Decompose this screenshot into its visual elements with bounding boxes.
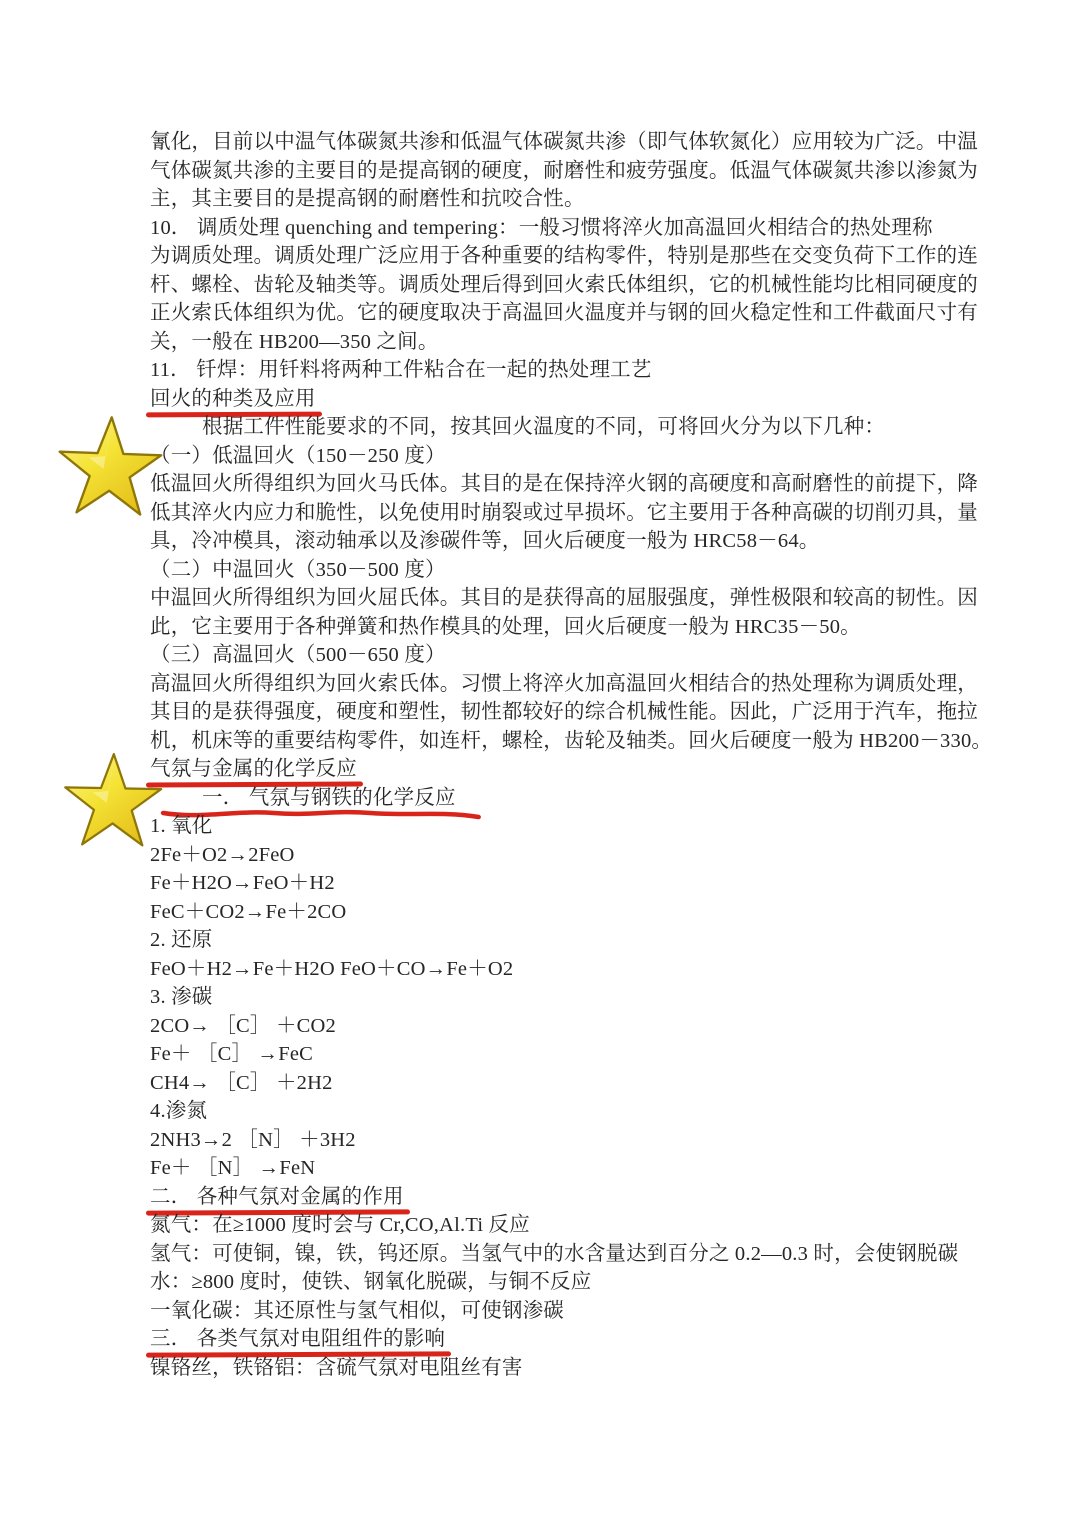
text-line: 氮气：在≥1000 度时会与 Cr,CO,Al.Ti 反应 — [150, 1211, 950, 1240]
text-line: 水：≥800 度时，使铁、钢氧化脱碳，与铜不反应 — [150, 1268, 950, 1297]
text-line: 10． 调质处理 quenching and tempering：一般习惯将淬火… — [150, 214, 950, 243]
heading-line: 回火的种类及应用 — [150, 385, 950, 414]
heading-line: 气氛与金属的化学反应 — [150, 755, 950, 784]
heading-line: 三． 各类气氛对电阻组件的影响 — [150, 1325, 950, 1354]
text-line: CH4→ ［C］ ＋2H2 — [150, 1069, 950, 1098]
line-text: Fe＋H2O→FeO＋H2 — [150, 869, 335, 898]
line-text: 4.渗氮 — [150, 1097, 207, 1126]
text-line: （一）低温回火（150－250 度） — [150, 442, 950, 471]
text-line: 2. 还原 — [150, 926, 950, 955]
text-line: 低其淬火内应力和脆性，以免使用时崩裂或过早损坏。它主要用于各种高碳的切削刃具，量 — [150, 499, 950, 528]
underlined-heading-text: 回火的种类及应用 — [150, 385, 316, 414]
text-line: 11． 钎焊：用钎料将两种工件粘合在一起的热处理工艺 — [150, 356, 950, 385]
line-text: 主，其主要目的是提高钢的耐磨性和抗咬合性。 — [150, 185, 585, 214]
text-line: （三）高温回火（500－650 度） — [150, 641, 950, 670]
line-text: 杆、螺栓、齿轮及轴类等。调质处理后得到回火索氏体组织，它的机械性能均比相同硬度的 — [150, 271, 978, 300]
line-text: FeC＋CO2→Fe＋2CO — [150, 898, 346, 927]
text-line: Fe＋H2O→FeO＋H2 — [150, 869, 950, 898]
text-line: 气体碳氮共渗的主要目的是提高钢的硬度，耐磨性和疲劳强度。低温气体碳氮共渗以渗氮为 — [150, 157, 950, 186]
text-line: 3. 渗碳 — [150, 983, 950, 1012]
line-text: 10． 调质处理 quenching and tempering：一般习惯将淬火… — [150, 214, 933, 243]
underlined-heading-text: 二． 各种气氛对金属的作用 — [150, 1183, 404, 1212]
text-line: 其目的是获得强度，硬度和塑性，韧性都较好的综合机械性能。因此，广泛用于汽车，拖拉 — [150, 698, 950, 727]
text-line: 镍铬丝，铁铬铝：含硫气氛对电阻丝有害 — [150, 1354, 950, 1383]
text-line: FeO＋H2→Fe＋H2O FeO＋CO→Fe＋O2 — [150, 955, 950, 984]
line-text: （一）低温回火（150－250 度） — [150, 442, 446, 471]
heading-line: 一． 气氛与钢铁的化学反应 — [150, 784, 950, 813]
line-text: 氢气：可使铜，镍，铁，钨还原。当氢气中的水含量达到百分之 0.2—0.3 时，会… — [150, 1240, 958, 1269]
text-line: 4.渗氮 — [150, 1097, 950, 1126]
line-text: 2. 还原 — [150, 926, 213, 955]
line-text: 1. 氧化 — [150, 812, 213, 841]
text-line: （二）中温回火（350－500 度） — [150, 556, 950, 585]
line-text: （三）高温回火（500－650 度） — [150, 641, 446, 670]
line-text: CH4→ ［C］ ＋2H2 — [150, 1069, 333, 1098]
document-page: 氰化，目前以中温气体碳氮共渗和低温气体碳氮共渗（即气体软氮化）应用较为广泛。中温… — [0, 0, 1080, 1528]
text-line: Fe＋ ［C］ →FeC — [150, 1040, 950, 1069]
line-text: 氰化，目前以中温气体碳氮共渗和低温气体碳氮共渗（即气体软氮化）应用较为广泛。中温 — [150, 128, 978, 157]
line-text: 水：≥800 度时，使铁、钢氧化脱碳，与铜不反应 — [150, 1268, 591, 1297]
text-line: 中温回火所得组织为回火屈氏体。其目的是获得高的屈服强度，弹性极限和较高的韧性。因 — [150, 584, 950, 613]
underlined-heading-text: 三． 各类气氛对电阻组件的影响 — [150, 1325, 445, 1354]
text-line: FeC＋CO2→Fe＋2CO — [150, 898, 950, 927]
text-line: 为调质处理。调质处理广泛应用于各种重要的结构零件，特别是那些在交变负荷下工作的连 — [150, 242, 950, 271]
text-line: 根据工件性能要求的不同，按其回火温度的不同，可将回火分为以下几种： — [150, 413, 950, 442]
text-line: 氰化，目前以中温气体碳氮共渗和低温气体碳氮共渗（即气体软氮化）应用较为广泛。中温 — [150, 128, 950, 157]
line-text: 镍铬丝，铁铬铝：含硫气氛对电阻丝有害 — [150, 1354, 523, 1383]
text-line: 此，它主要用于各种弹簧和热作模具的处理，回火后硬度一般为 HRC35－50。 — [150, 613, 950, 642]
line-text: 低温回火所得组织为回火马氏体。其目的是在保持淬火钢的高硬度和高耐磨性的前提下，降 — [150, 470, 978, 499]
line-text: 2NH3→2 ［N］ ＋3H2 — [150, 1126, 356, 1155]
document-body: 氰化，目前以中温气体碳氮共渗和低温气体碳氮共渗（即气体软氮化）应用较为广泛。中温… — [150, 128, 950, 1382]
line-text: 具，冷冲模具，滚动轴承以及渗碳件等，回火后硬度一般为 HRC58－64。 — [150, 527, 819, 556]
text-line: Fe＋ ［N］ →FeN — [150, 1154, 950, 1183]
line-text: 正火索氏体组织为优。它的硬度取决于高温回火温度并与钢的回火稳定性和工件截面尺寸有 — [150, 299, 978, 328]
underlined-heading-text: 气氛与金属的化学反应 — [150, 755, 357, 784]
line-text: 2Fe＋O2→2FeO — [150, 841, 295, 870]
heading-line: 二． 各种气氛对金属的作用 — [150, 1183, 950, 1212]
line-text: 高温回火所得组织为回火索氏体。习惯上将淬火加高温回火相结合的热处理称为调质处理， — [150, 670, 978, 699]
underlined-heading-text: 一． 气氛与钢铁的化学反应 — [202, 784, 456, 813]
line-text: 低其淬火内应力和脆性，以免使用时崩裂或过早损坏。它主要用于各种高碳的切削刃具，量 — [150, 499, 978, 528]
line-text: 2CO→ ［C］ ＋CO2 — [150, 1012, 336, 1041]
text-line: 2NH3→2 ［N］ ＋3H2 — [150, 1126, 950, 1155]
line-text: 氮气：在≥1000 度时会与 Cr,CO,Al.Ti 反应 — [150, 1211, 530, 1240]
line-text: 此，它主要用于各种弹簧和热作模具的处理，回火后硬度一般为 HRC35－50。 — [150, 613, 861, 642]
text-line: 氢气：可使铜，镍，铁，钨还原。当氢气中的水含量达到百分之 0.2—0.3 时，会… — [150, 1240, 950, 1269]
text-line: 主，其主要目的是提高钢的耐磨性和抗咬合性。 — [150, 185, 950, 214]
line-text: 中温回火所得组织为回火屈氏体。其目的是获得高的屈服强度，弹性极限和较高的韧性。因 — [150, 584, 978, 613]
text-line: 具，冷冲模具，滚动轴承以及渗碳件等，回火后硬度一般为 HRC58－64。 — [150, 527, 950, 556]
line-text: 关，一般在 HB200—350 之间。 — [150, 328, 439, 357]
text-line: 一氧化碳：其还原性与氢气相似，可使钢渗碳 — [150, 1297, 950, 1326]
line-text: 为调质处理。调质处理广泛应用于各种重要的结构零件，特别是那些在交变负荷下工作的连 — [150, 242, 978, 271]
line-text: 气体碳氮共渗的主要目的是提高钢的硬度，耐磨性和疲劳强度。低温气体碳氮共渗以渗氮为 — [150, 157, 978, 186]
line-text: 其目的是获得强度，硬度和塑性，韧性都较好的综合机械性能。因此，广泛用于汽车，拖拉 — [150, 698, 978, 727]
line-text: FeO＋H2→Fe＋H2O FeO＋CO→Fe＋O2 — [150, 955, 513, 984]
text-line: 2CO→ ［C］ ＋CO2 — [150, 1012, 950, 1041]
line-text: Fe＋ ［C］ →FeC — [150, 1040, 313, 1069]
line-text: Fe＋ ［N］ →FeN — [150, 1154, 315, 1183]
line-text: 11． 钎焊：用钎料将两种工件粘合在一起的热处理工艺 — [150, 356, 652, 385]
line-text: 一氧化碳：其还原性与氢气相似，可使钢渗碳 — [150, 1297, 564, 1326]
line-text: 机，机床等的重要结构零件，如连杆，螺栓，齿轮及轴类。回火后硬度一般为 HB200… — [150, 727, 992, 756]
text-line: 低温回火所得组织为回火马氏体。其目的是在保持淬火钢的高硬度和高耐磨性的前提下，降 — [150, 470, 950, 499]
text-line: 正火索氏体组织为优。它的硬度取决于高温回火温度并与钢的回火稳定性和工件截面尺寸有 — [150, 299, 950, 328]
line-text: （二）中温回火（350－500 度） — [150, 556, 446, 585]
line-text: 根据工件性能要求的不同，按其回火温度的不同，可将回火分为以下几种： — [202, 413, 885, 442]
text-line: 杆、螺栓、齿轮及轴类等。调质处理后得到回火索氏体组织，它的机械性能均比相同硬度的 — [150, 271, 950, 300]
text-line: 机，机床等的重要结构零件，如连杆，螺栓，齿轮及轴类。回火后硬度一般为 HB200… — [150, 727, 950, 756]
line-text: 3. 渗碳 — [150, 983, 213, 1012]
text-line: 关，一般在 HB200—350 之间。 — [150, 328, 950, 357]
text-line: 高温回火所得组织为回火索氏体。习惯上将淬火加高温回火相结合的热处理称为调质处理， — [150, 670, 950, 699]
text-line: 2Fe＋O2→2FeO — [150, 841, 950, 870]
